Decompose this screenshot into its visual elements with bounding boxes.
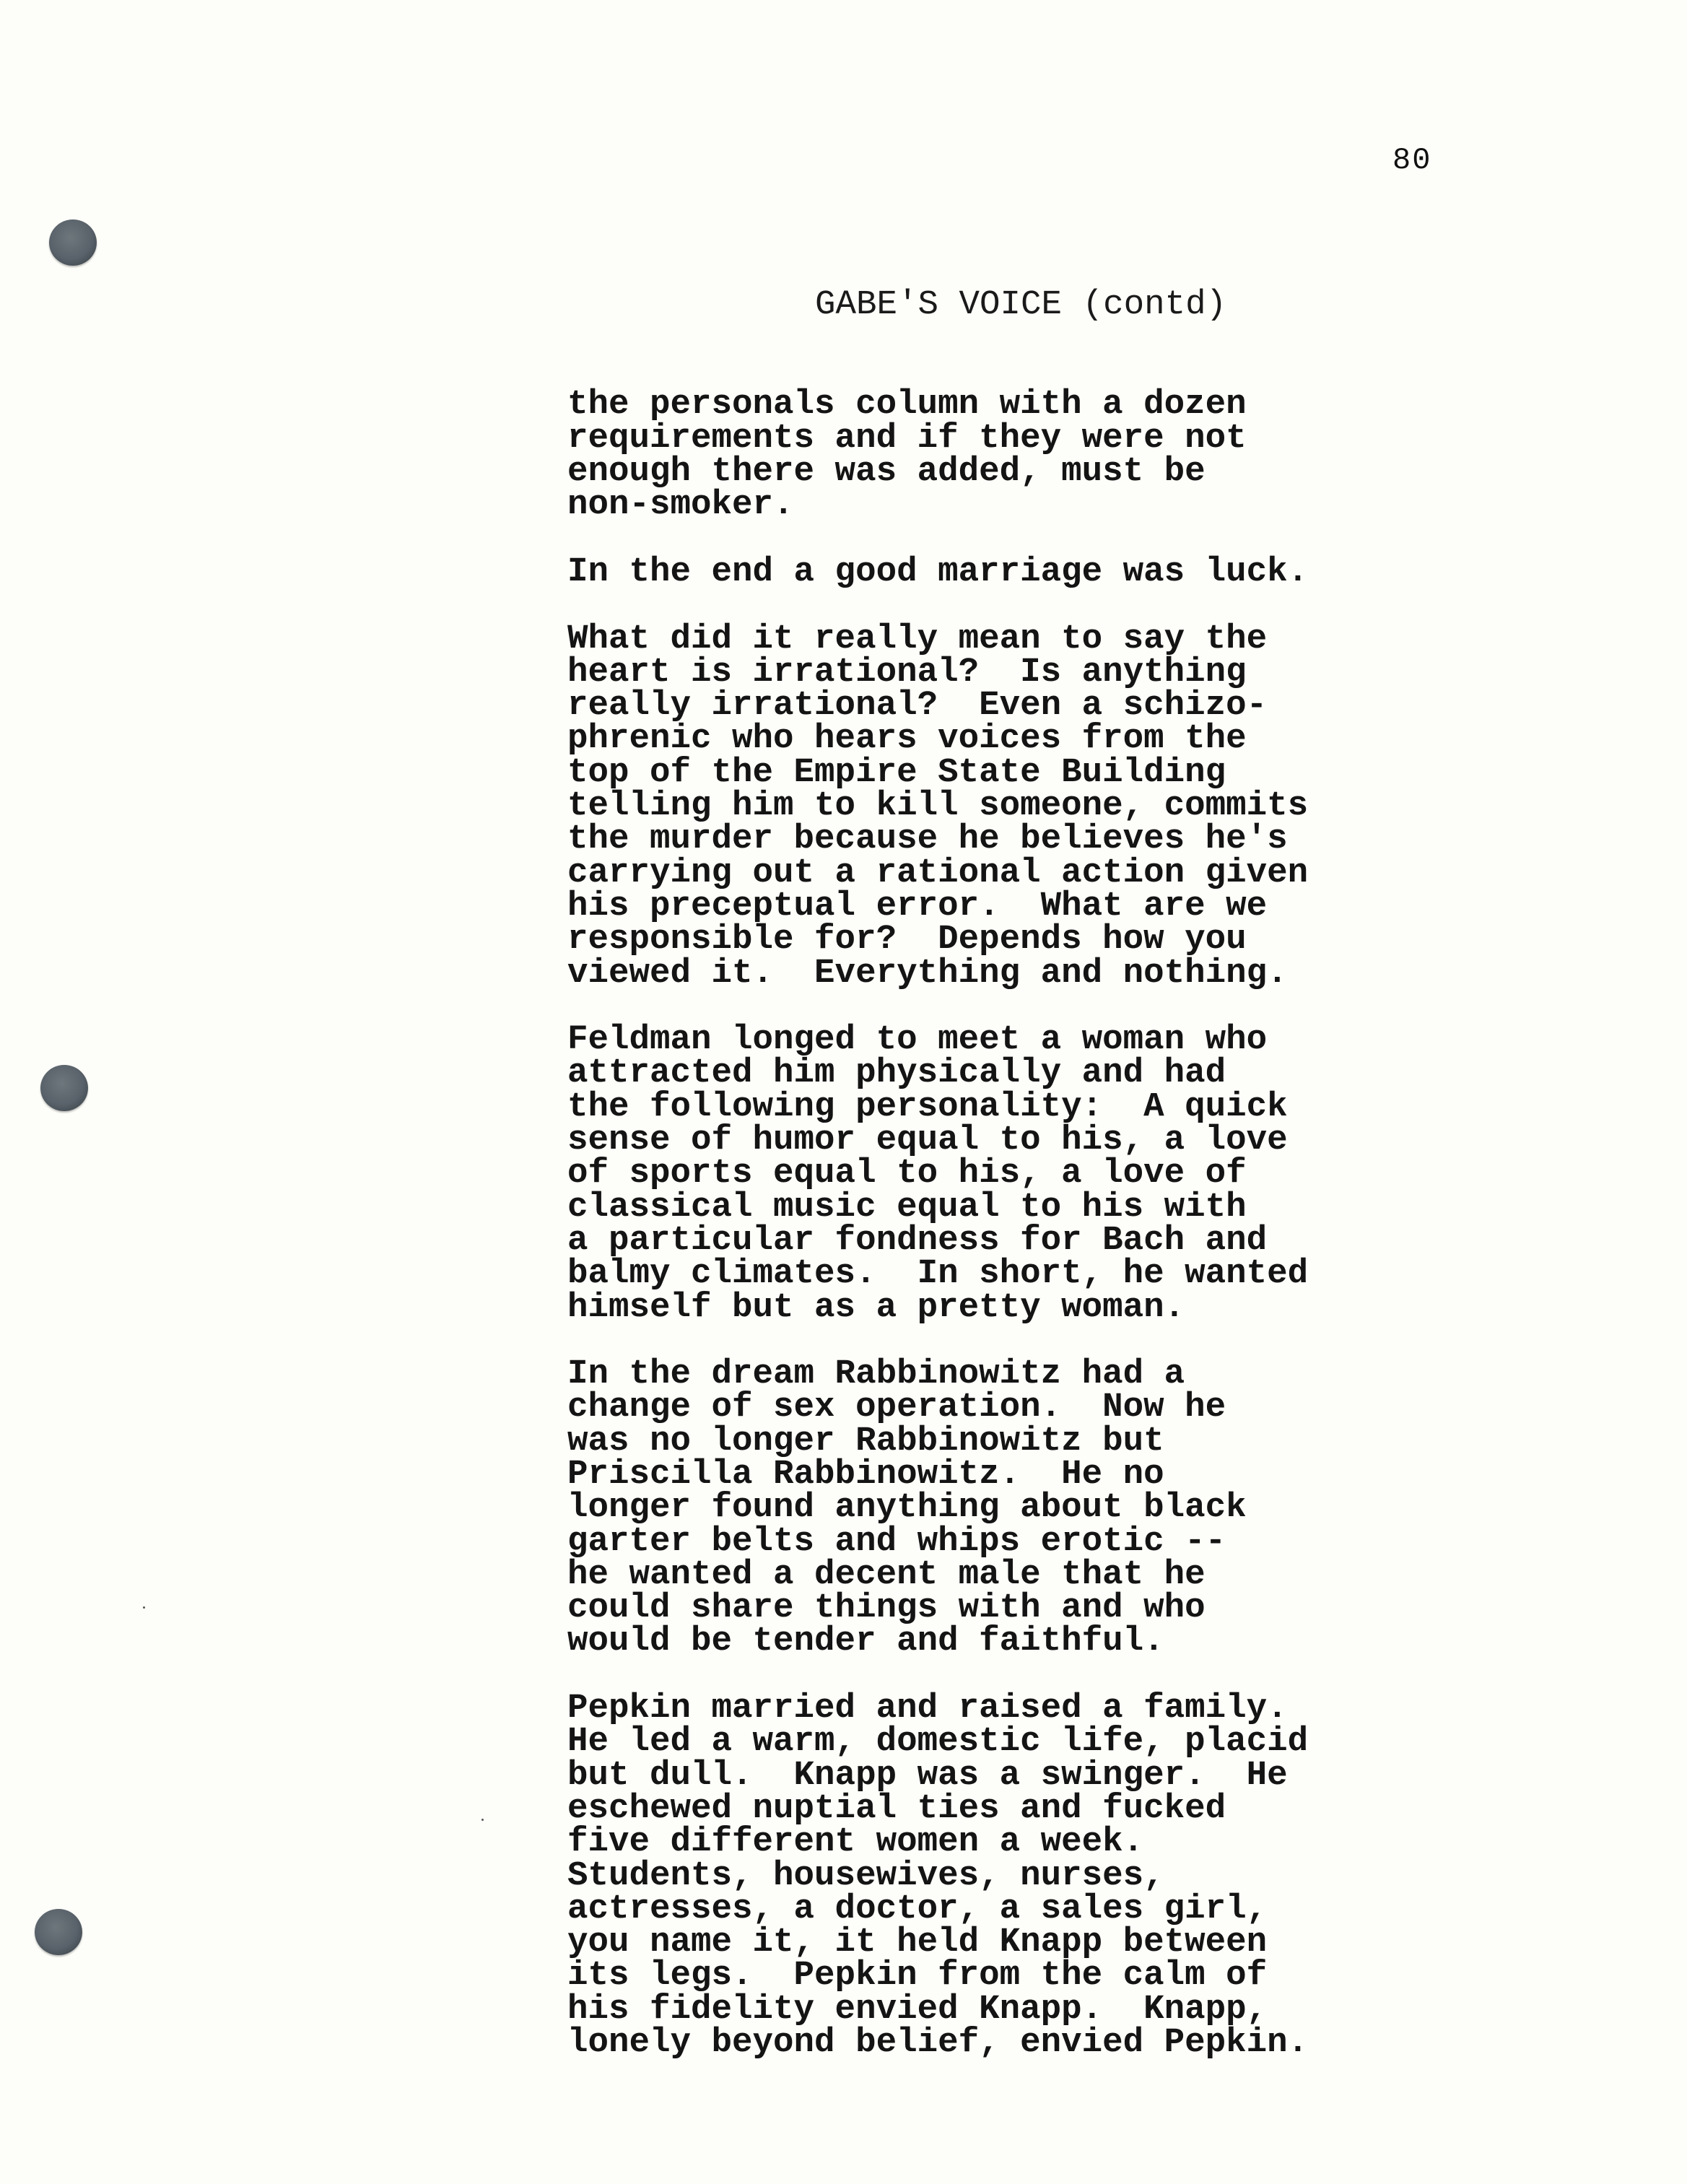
dialogue-line: could share things with and who <box>567 1591 1308 1624</box>
dialogue-line: Priscilla Rabbinowitz. He no <box>567 1458 1308 1491</box>
script-body: GABE'S VOICE (contd) the personals colum… <box>567 221 1308 2126</box>
dialogue-line: non-smoker. <box>567 488 1308 521</box>
script-page: 80 GABE'S VOICE (contd) the personals co… <box>0 0 1687 2184</box>
dialogue-line: five different women a week. <box>567 1825 1308 1858</box>
dialogue-line: his preceptual error. What are we <box>567 889 1308 923</box>
dialogue-line: garter belts and whips erotic -- <box>567 1525 1308 1558</box>
dialogue-line: actresses, a doctor, a sales girl, <box>567 1892 1308 1926</box>
dialogue-line: really irrational? Even a schizo- <box>567 689 1308 722</box>
dialogue-line: classical music equal to his with <box>567 1191 1308 1224</box>
dialogue-line: He led a warm, domestic life, placid <box>567 1725 1308 1758</box>
dialogue-line: the murder because he believes he's <box>567 822 1308 856</box>
dialogue-line: What did it really mean to say the <box>567 622 1308 656</box>
dialogue-line: but dull. Knapp was a swinger. He <box>567 1759 1308 1792</box>
dialogue-line: lonely beyond belief, envied Pepkin. <box>567 2026 1308 2059</box>
dialogue-line: Pepkin married and raised a family. <box>567 1692 1308 1725</box>
dialogue-line: telling him to kill someone, commits <box>567 789 1308 822</box>
punch-hole-icon <box>35 1909 82 1955</box>
dialogue-paragraph: In the dream Rabbinowitz had achange of … <box>567 1357 1308 1658</box>
dialogue-line: enough there was added, must be <box>567 455 1308 488</box>
dialogue-paragraph: the personals column with a dozenrequire… <box>567 388 1308 521</box>
dialogue-line: responsible for? Depends how you <box>567 923 1308 956</box>
dialogue-paragraph: Feldman longed to meet a woman whoattrac… <box>567 1023 1308 1324</box>
punch-hole-icon <box>40 1065 88 1111</box>
dialogue-line: Students, housewives, nurses, <box>567 1859 1308 1892</box>
dialogue-line: himself but as a pretty woman. <box>567 1291 1308 1324</box>
punch-hole-icon <box>49 219 97 266</box>
scan-speck <box>481 1819 484 1821</box>
character-cue: GABE'S VOICE (contd) <box>567 288 1308 321</box>
dialogue-line: was no longer Rabbinowitz but <box>567 1424 1308 1458</box>
page-number: 80 <box>1392 143 1431 178</box>
dialogue-line: heart is irrational? Is anything <box>567 656 1308 689</box>
dialogue-paragraph: What did it really mean to say theheart … <box>567 622 1308 990</box>
dialogue-line: phrenic who hears voices from the <box>567 722 1308 755</box>
dialogue-line: Feldman longed to meet a woman who <box>567 1023 1308 1056</box>
dialogue-line: the personals column with a dozen <box>567 388 1308 421</box>
dialogue-line: sense of humor equal to his, a love <box>567 1123 1308 1157</box>
dialogue-line: top of the Empire State Building <box>567 756 1308 789</box>
dialogue-paragraph: In the end a good marriage was luck. <box>567 555 1308 588</box>
dialogue-line: eschewed nuptial ties and fucked <box>567 1792 1308 1825</box>
dialogue-line: balmy climates. In short, he wanted <box>567 1257 1308 1290</box>
dialogue-paragraph: Pepkin married and raised a family.He le… <box>567 1692 1308 2059</box>
dialogue-line: viewed it. Everything and nothing. <box>567 957 1308 990</box>
dialogue-line: its legs. Pepkin from the calm of <box>567 1959 1308 1992</box>
dialogue-line: a particular fondness for Bach and <box>567 1224 1308 1257</box>
dialogue-line: In the end a good marriage was luck. <box>567 555 1308 588</box>
dialogue-line: would be tender and faithful. <box>567 1624 1308 1658</box>
dialogue-line: requirements and if they were not <box>567 422 1308 455</box>
dialogue-line: carrying out a rational action given <box>567 856 1308 889</box>
dialogue-block: the personals column with a dozenrequire… <box>567 388 1308 2059</box>
dialogue-line: attracted him physically and had <box>567 1056 1308 1089</box>
dialogue-line: the following personality: A quick <box>567 1090 1308 1123</box>
scan-speck <box>143 1606 145 1609</box>
dialogue-line: In the dream Rabbinowitz had a <box>567 1357 1308 1391</box>
dialogue-line: he wanted a decent male that he <box>567 1558 1308 1591</box>
dialogue-line: longer found anything about black <box>567 1491 1308 1524</box>
dialogue-line: his fidelity envied Knapp. Knapp, <box>567 1993 1308 2026</box>
dialogue-line: change of sex operation. Now he <box>567 1391 1308 1424</box>
dialogue-line: of sports equal to his, a love of <box>567 1157 1308 1190</box>
dialogue-line: you name it, it held Knapp between <box>567 1926 1308 1959</box>
